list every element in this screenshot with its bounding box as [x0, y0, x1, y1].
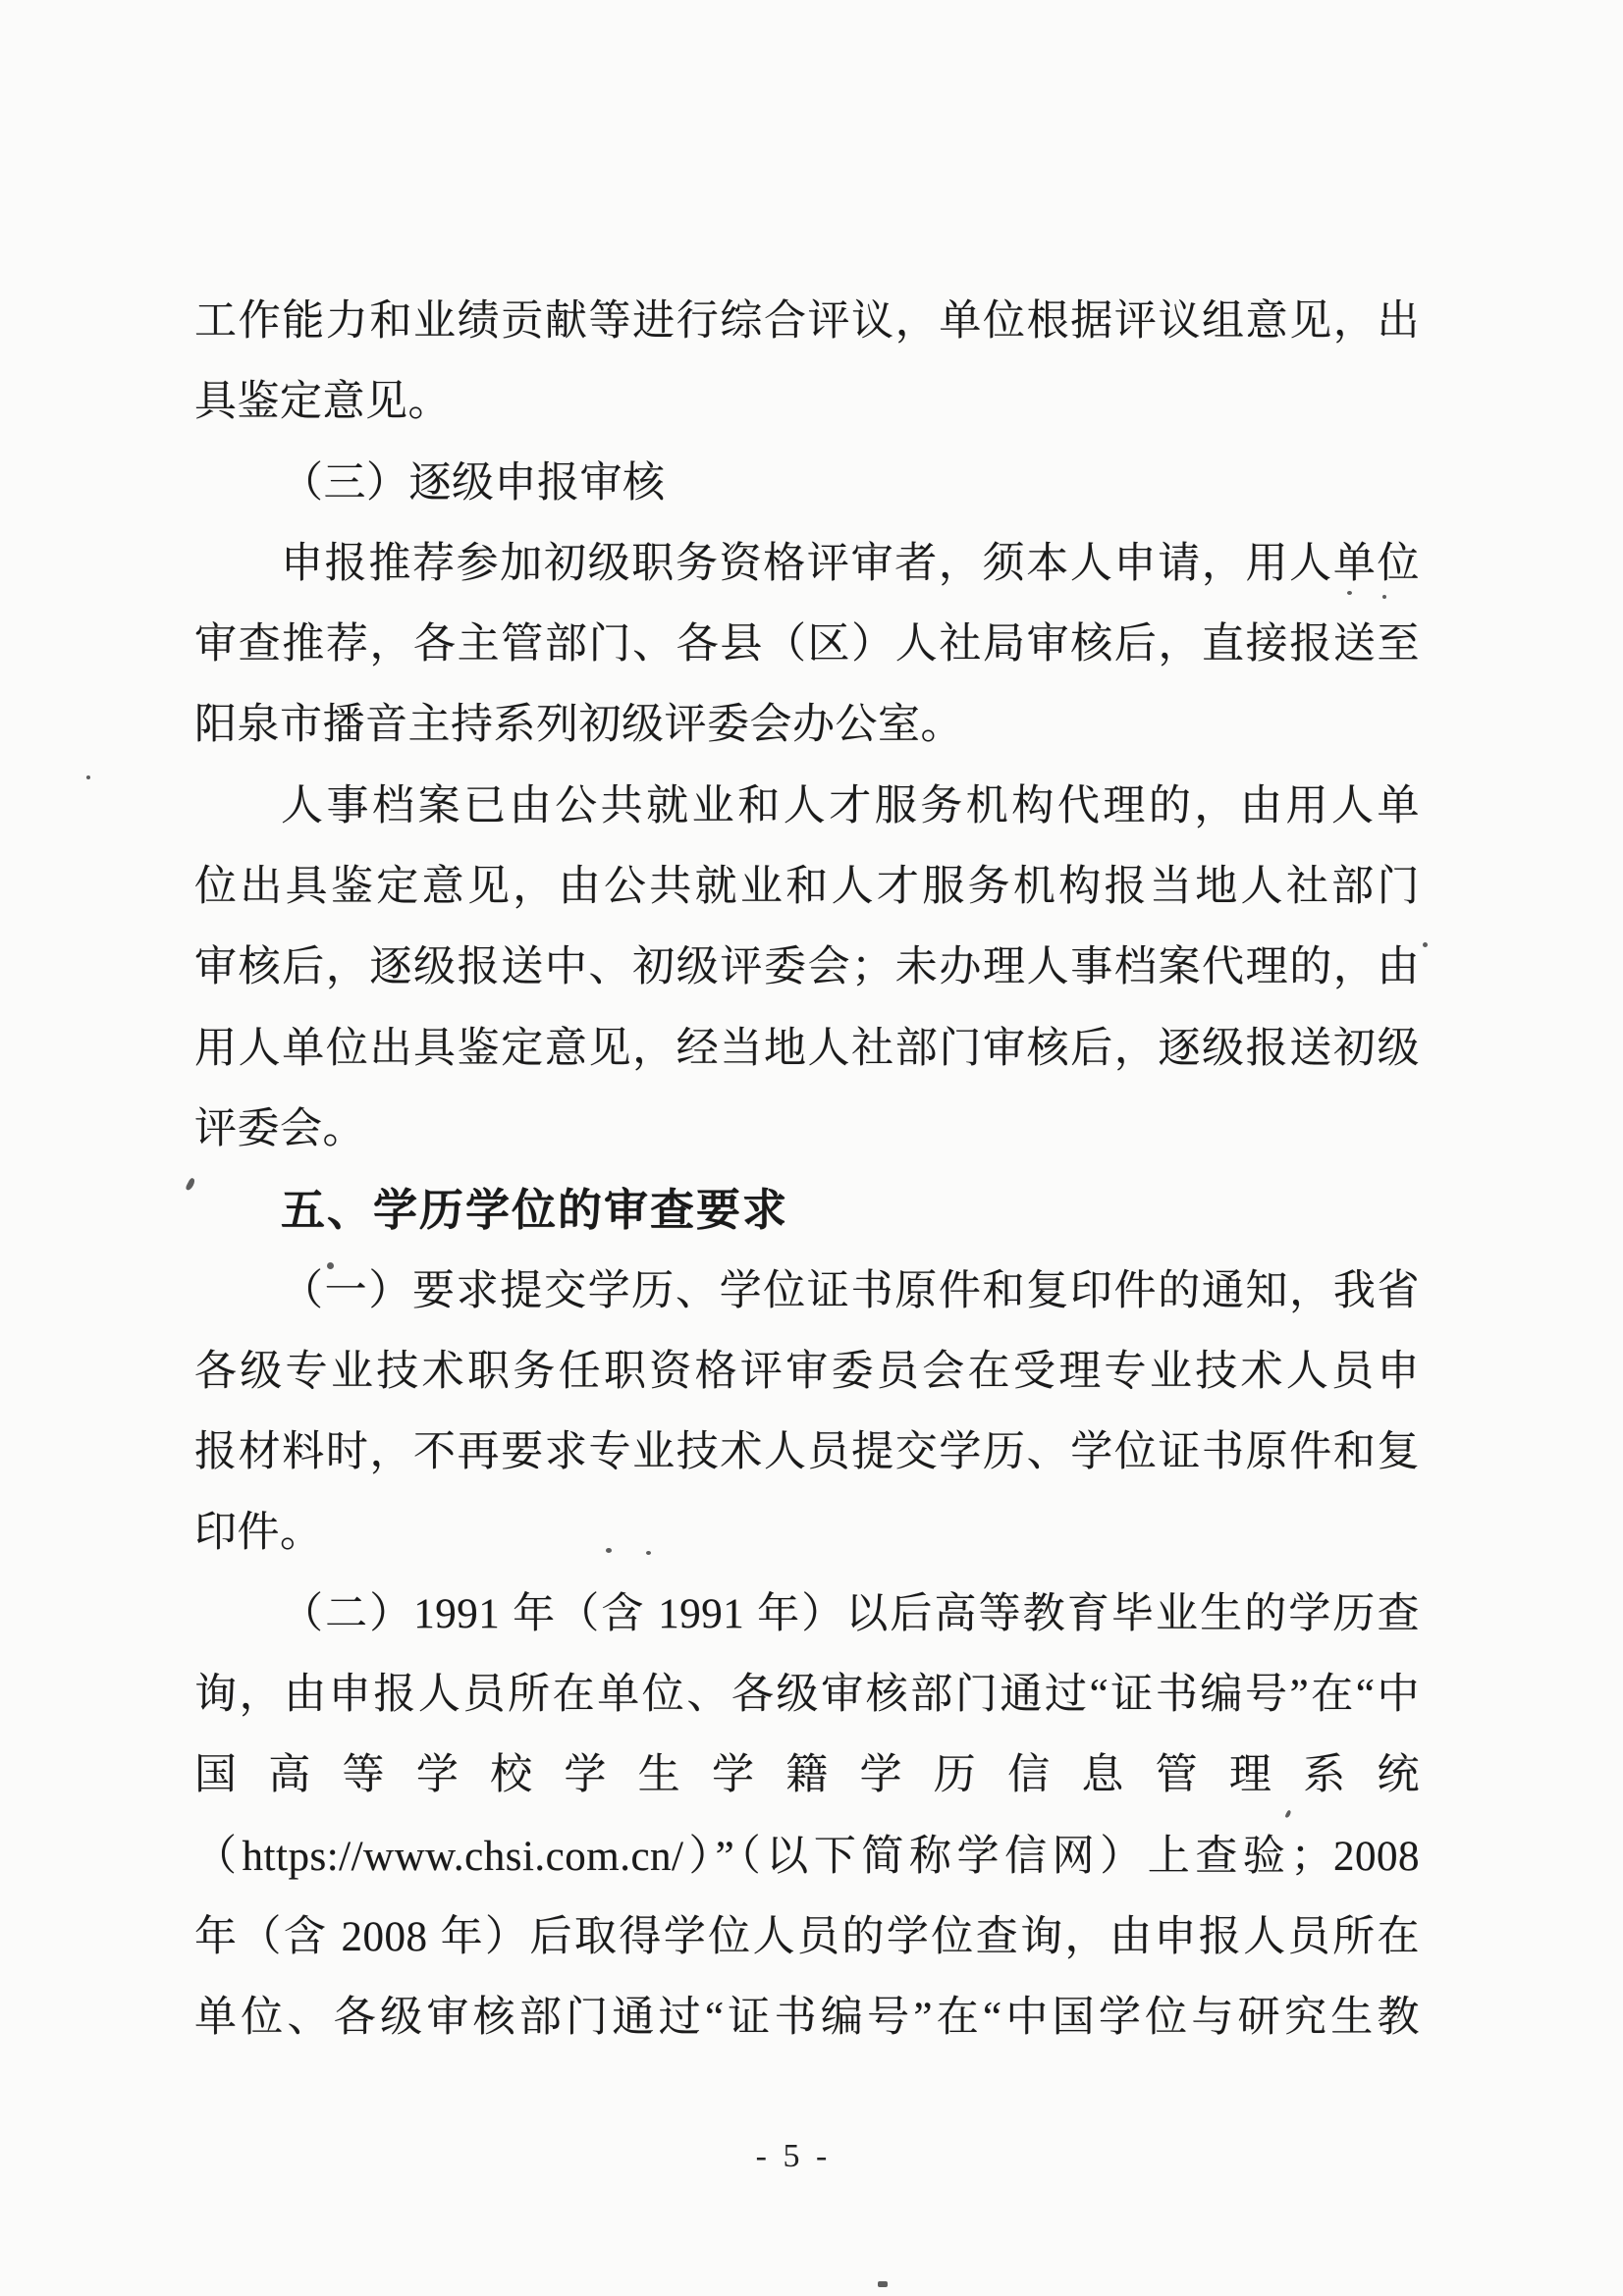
- ink-speck: [1347, 591, 1352, 595]
- ink-speck: [606, 1548, 612, 1553]
- doc-line: （一）要求提交学历、学位证书原件和复印件的通知，我省: [194, 1252, 1420, 1332]
- doc-line: （二）1991 年（含 1991 年）以后高等教育毕业生的学历查: [194, 1575, 1420, 1655]
- doc-line: （https://www.chsi.com.cn/）”（以下简称学信网）上查验；…: [194, 1817, 1420, 1897]
- doc-line: 人事档案已由公共就业和人才服务机构代理的，由用人单: [194, 767, 1420, 847]
- doc-line: 工作能力和业绩贡献等进行综合评议，单位根据评议组意见，出: [194, 282, 1420, 362]
- doc-line: 年（含 2008 年）后取得学位人员的学位查询，由申报人员所在: [194, 1897, 1420, 1978]
- ink-speck: [1423, 942, 1428, 947]
- ink-speck: [86, 775, 90, 779]
- document-text-block: 工作能力和业绩贡献等进行综合评议，单位根据评议组意见，出 具鉴定意见。 （三）逐…: [194, 282, 1420, 2059]
- doc-line: 询，由申报人员所在单位、各级审核部门通过“证书编号”在“中: [194, 1655, 1420, 1735]
- doc-line: 国高等学校学生学籍学历信息管理系统: [194, 1735, 1420, 1816]
- doc-line: 用人单位出具鉴定意见，经当地人社部门审核后，逐级报送初级: [194, 1009, 1420, 1090]
- doc-line: 阳泉市播音主持系列初级评委会办公室。: [194, 685, 1420, 766]
- ink-speck: [646, 1551, 651, 1555]
- doc-line: 各级专业技术职务任职资格评审委员会在受理专业技术人员申: [194, 1332, 1420, 1413]
- doc-line: 申报推荐参加初级职务资格评审者，须本人申请，用人单位: [194, 524, 1420, 605]
- page-number: - 5 -: [695, 2138, 892, 2175]
- doc-line: 审查推荐，各主管部门、各县（区）人社局审核后，直接报送至: [194, 605, 1420, 685]
- ink-speck: [1382, 595, 1386, 599]
- doc-line: 具鉴定意见。: [194, 362, 1420, 443]
- doc-line: 单位、各级审核部门通过“证书编号”在“中国学位与研究生教: [194, 1978, 1420, 2058]
- ink-speck: [878, 2281, 888, 2287]
- doc-line: 评委会。: [194, 1090, 1420, 1170]
- section-heading-3: （三）逐级申报审核: [194, 444, 1420, 524]
- doc-line: 印件。: [194, 1493, 1420, 1574]
- doc-line: 审核后，逐级报送中、初级评委会；未办理人事档案代理的，由: [194, 928, 1420, 1008]
- doc-line: 报材料时，不再要求专业技术人员提交学历、学位证书原件和复: [194, 1413, 1420, 1493]
- doc-line: 位出具鉴定意见，由公共就业和人才服务机构报当地人社部门: [194, 847, 1420, 928]
- section-heading-5: 五、学历学位的审查要求: [194, 1170, 1420, 1251]
- ink-speck: [327, 1262, 334, 1269]
